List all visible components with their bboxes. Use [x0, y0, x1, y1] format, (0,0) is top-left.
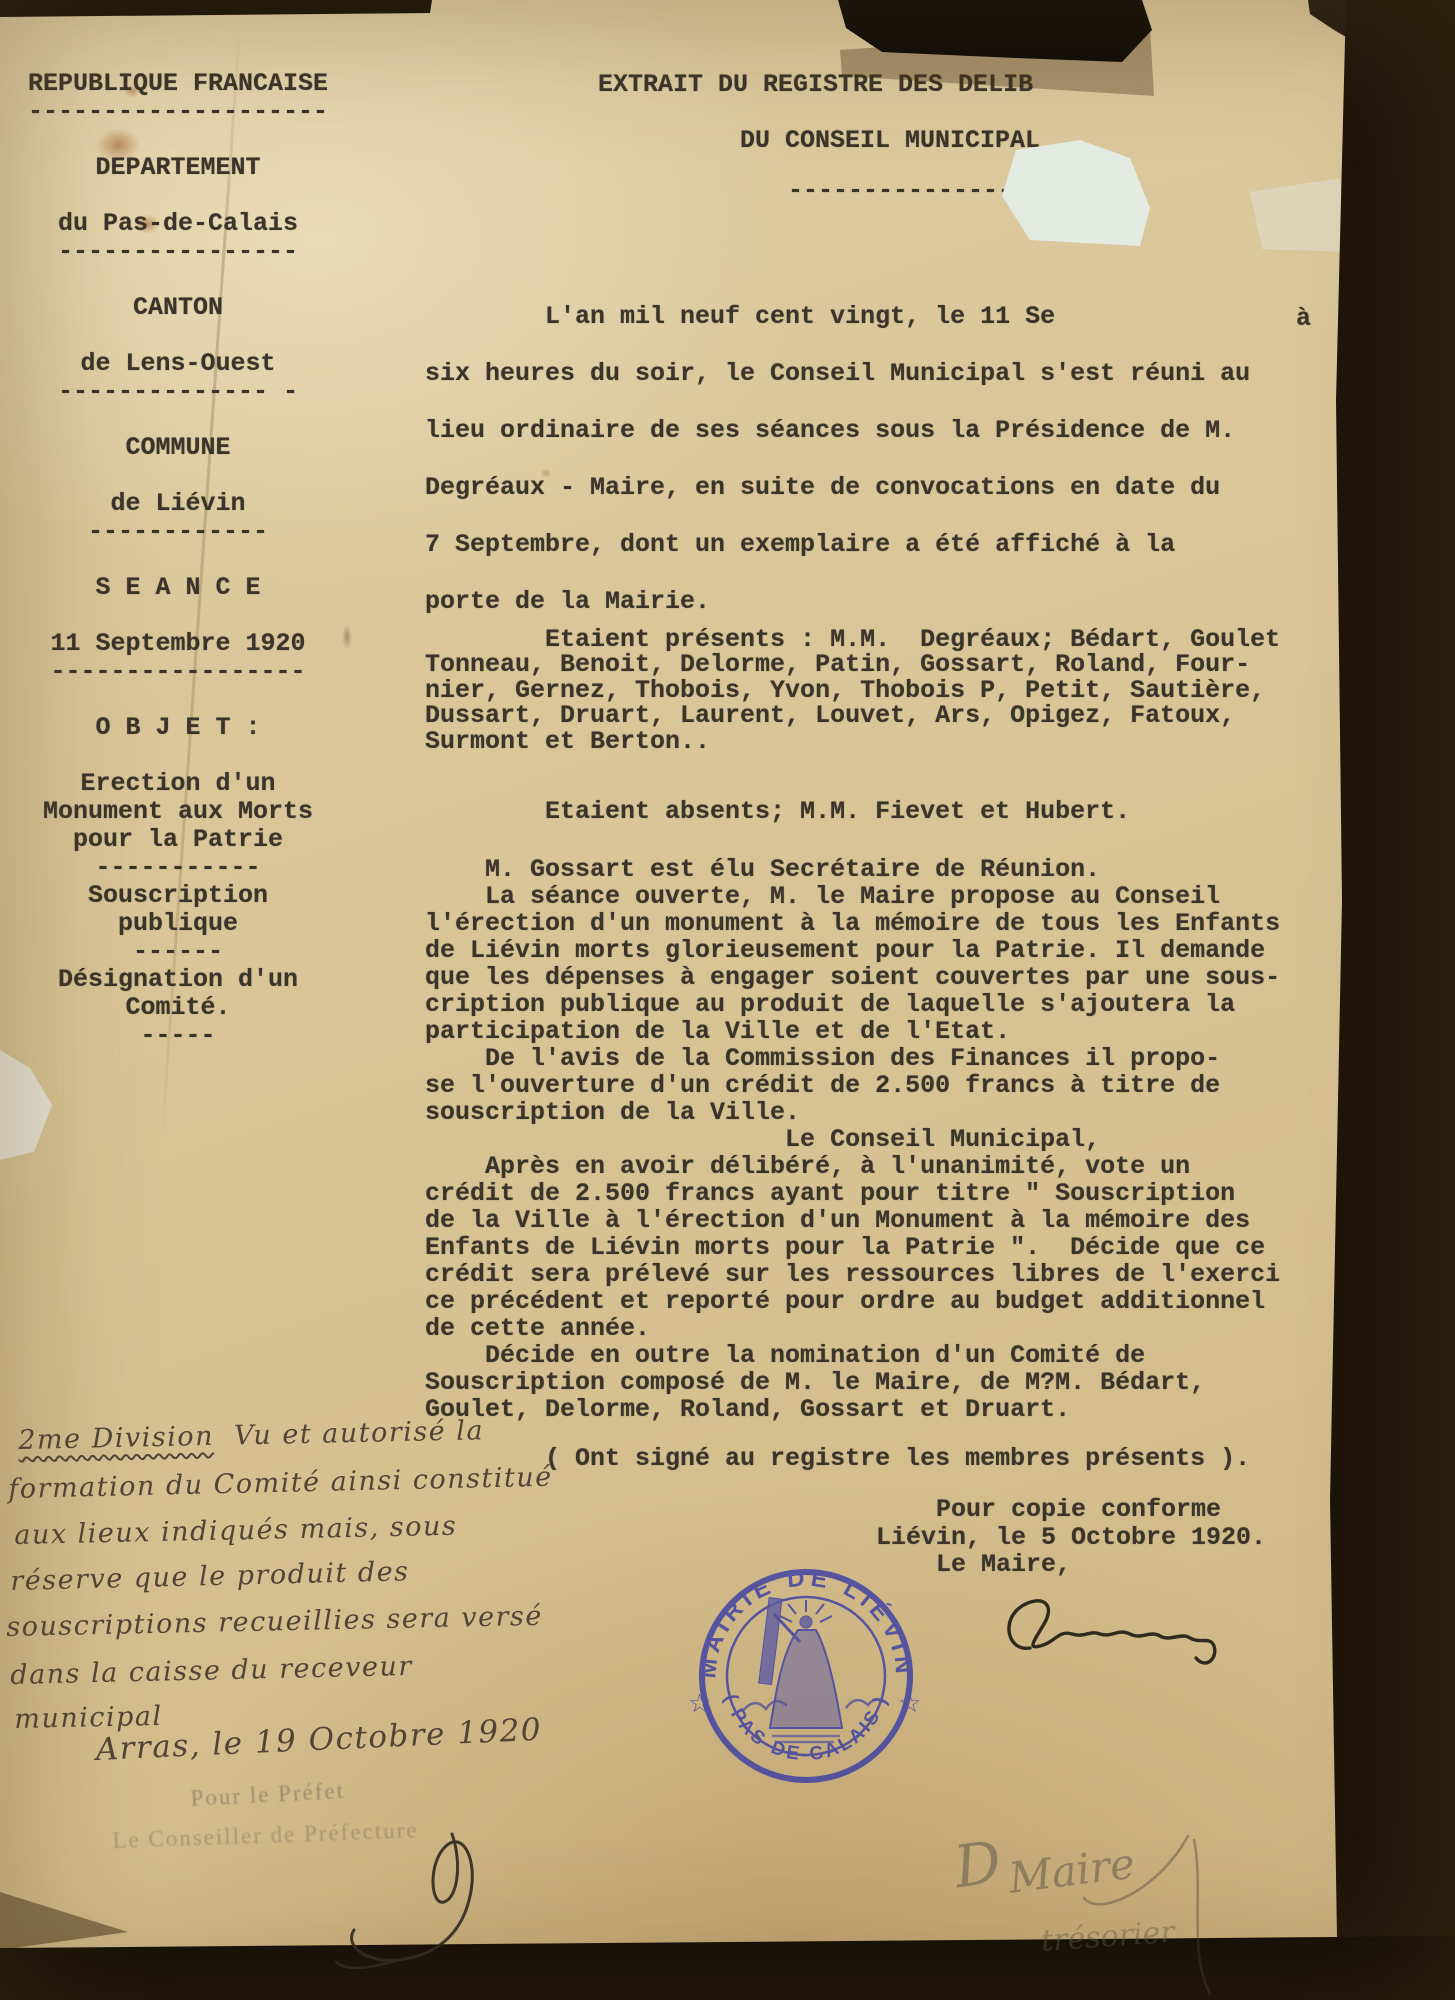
ink-smudge	[342, 624, 352, 650]
members-absent-line: Etaient absents; M.M. Fievet et Hubert.	[425, 797, 1130, 826]
prefect-signature	[320, 1820, 490, 1990]
opening-paragraph: L'an mil neuf cent vingt, le 11 Se six h…	[425, 288, 1250, 630]
scanned-document-page: REPUBLIQUE FRANCAISE -------------------…	[0, 0, 1455, 2000]
division-label: 2me Division	[18, 1421, 214, 1456]
annotation-line-1-rest: Vu et autorisé la	[214, 1415, 485, 1452]
document-title-line2: DU CONSEIL MUNICIPAL	[740, 126, 1040, 155]
stamp-star-right-icon: ☆	[898, 1688, 921, 1718]
letterhead-margin-column: REPUBLIQUE FRANCAISE -------------------…	[22, 70, 334, 1050]
title-dashed-rule: ----------------	[788, 176, 1028, 205]
pencil-flourish-strokes	[950, 1820, 1250, 2000]
stamp-star-left-icon: ☆	[688, 1688, 711, 1718]
official-stamp: MAIRIE DE LIÉVIN ( PAS-DE-CALAIS ) ☆ ☆	[660, 1540, 960, 1820]
deliberation-paragraphs: M. Gossart est élu Secrétaire de Réunion…	[425, 856, 1280, 1423]
members-present-paragraph: Etaient présents : M.M. Degréaux; Bédart…	[425, 627, 1280, 754]
mayor-signature	[990, 1585, 1250, 1685]
opening-torn-fragment: à	[1296, 304, 1311, 333]
